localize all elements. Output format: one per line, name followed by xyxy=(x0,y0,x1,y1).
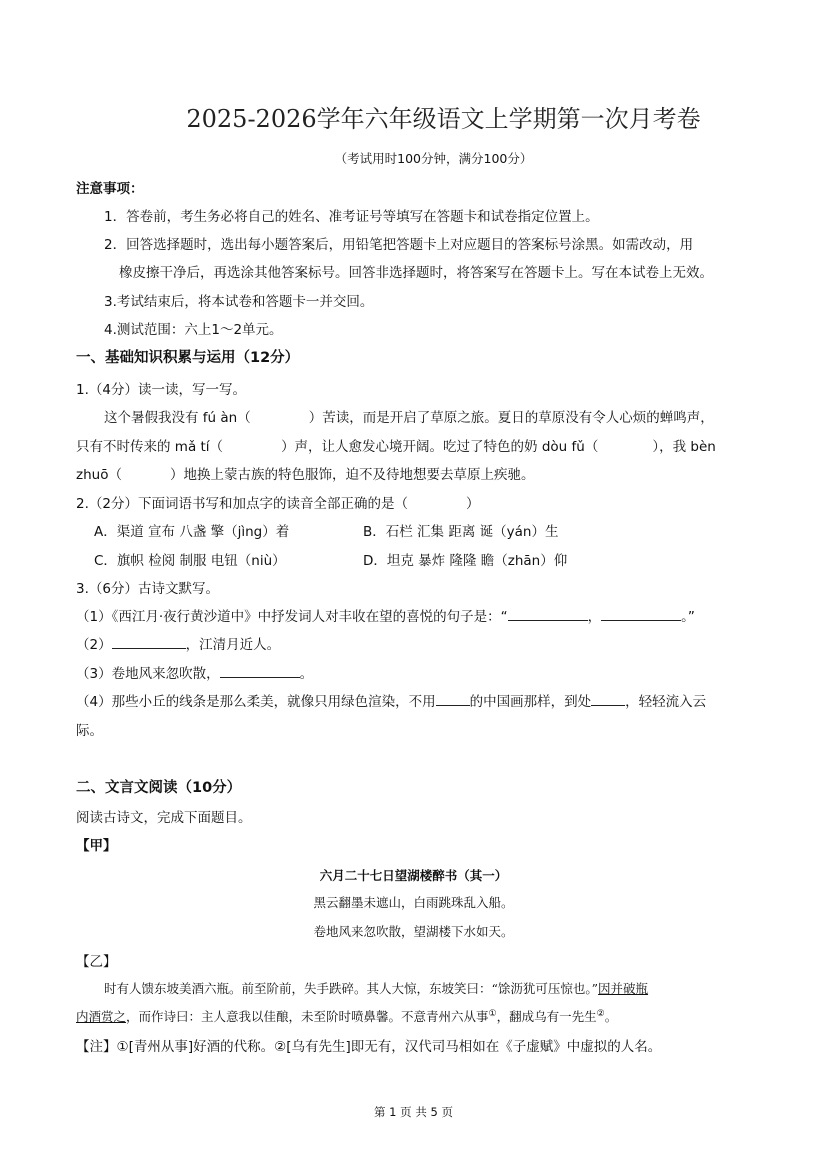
answer-blank[interactable] xyxy=(220,663,300,678)
q1-text: zhuō（ xyxy=(76,467,122,483)
notice-item-3: 3.考试结束后，将本试卷和答题卡一并交回。 xyxy=(104,290,373,310)
yi-text: 。 xyxy=(605,1009,618,1024)
answer-blank[interactable] xyxy=(591,691,625,706)
q3-part-1: （1）《西江月·夜行黄沙道中》中抒发词人对丰收在望的喜悦的句子是：“，。” xyxy=(76,605,695,625)
q1-text: ）声，让人愈发心境开阔。吃过了特色的奶 dòu fǔ（ xyxy=(281,439,598,455)
notice-item-4: 4.测试范围：六上1～2单元。 xyxy=(104,318,283,338)
answer-blank[interactable] xyxy=(436,691,470,706)
yi-passage-line-1: 时有人馈东坡美酒六瓶。前至阶前，失手跌碎。其人大惊，东坡笑曰：“馀沥犹可压惊也。… xyxy=(104,979,648,997)
q1-text: ）苦读，而是开启了草原之旅。夏日的草原没有令人心烦的蝉鸣声， xyxy=(309,410,714,426)
q1-text: ）地换上蒙古族的特色服饰，迫不及待地想要去草原上疾驰。 xyxy=(170,467,535,483)
notice-label: 注意事项： xyxy=(76,177,144,197)
answer-blank[interactable] xyxy=(112,634,186,649)
notice-item-1: 1．答卷前，考生务必将自己的姓名、准考证号等填写在答题卡和试卷指定位置上。 xyxy=(104,205,599,225)
section-2-heading: 二、文言文阅读（10分） xyxy=(76,776,241,797)
q3-part-3: （3）卷地风来忽吹散，。 xyxy=(76,662,313,682)
footnote-marker: ② xyxy=(597,1009,605,1019)
q3-part-2: （2），江清月近人。 xyxy=(76,633,280,653)
exam-subtitle: （考试用时100分钟，满分100分） xyxy=(0,149,827,167)
q1-text: 这个暑假我没有 fú àn（ xyxy=(104,410,251,426)
yi-passage-line-2: 内酒赏之，而作诗曰：主人意我以佳酿，未至阶时喷鼻馨。不意青州六从事①，翻成乌有一… xyxy=(76,1007,617,1025)
q2-option-b: B．石栏 汇集 距离 诞（yán）生 xyxy=(363,520,558,540)
section-1-heading: 一、基础知识积累与运用（12分） xyxy=(76,346,299,367)
q3-stem: 3.（6分）古诗文默写。 xyxy=(76,577,219,597)
q3-text: ，轻轻流入云 xyxy=(625,694,706,710)
underlined-sentence: 内酒赏之 xyxy=(76,1009,126,1024)
q1-line-3: zhuō（）地换上蒙古族的特色服饰，迫不及待地想要去草原上疾驰。 xyxy=(76,463,534,483)
q1-text: 只有不时传来的 mǎ tí（ xyxy=(76,439,223,455)
q3-text: 的中国画那样，到处 xyxy=(470,694,592,710)
jia-label: 【甲】 xyxy=(76,834,117,854)
q3-text: 。” xyxy=(681,609,695,625)
q3-part-4-cont: 际。 xyxy=(76,719,103,739)
yi-text: 时有人馈东坡美酒六瓶。前至阶前，失手跌碎。其人大惊，东坡笑曰：“馀沥犹可压惊也。… xyxy=(104,981,598,996)
poem-line-2: 卷地风来忽吹散，望湖楼下水如天。 xyxy=(0,922,827,940)
underlined-sentence: 因并破瓶 xyxy=(598,981,648,996)
q3-text: 。 xyxy=(300,666,314,682)
section-2-intro: 阅读古诗文，完成下面题目。 xyxy=(76,806,252,826)
q3-text: （3）卷地风来忽吹散， xyxy=(76,666,220,682)
poem-line-1: 黑云翻墨未遮山，白雨跳珠乱入船。 xyxy=(0,893,827,911)
page-footer: 第 1 页 共 5 页 xyxy=(0,1104,827,1120)
q2-stem: 2.（2分）下面词语书写和加点字的读音全部正确的是（） xyxy=(76,492,479,512)
exam-title: 2025-2026学年六年级语文上学期第一次月考卷 xyxy=(0,99,827,134)
q2-option-d: D．坦克 暴炸 隆隆 瞻（zhān）仰 xyxy=(363,549,567,569)
footnote-marker: ① xyxy=(489,1009,497,1019)
q3-text: ， xyxy=(588,609,602,625)
q3-part-4: （4）那些小丘的线条是那么柔美，就像只用绿色渲染，不用的中国画那样，到处，轻轻流… xyxy=(76,690,706,710)
yi-text: ，而作诗曰：主人意我以佳酿，未至阶时喷鼻馨。不意青州六从事 xyxy=(126,1009,489,1024)
q3-text: （1）《西江月·夜行黄沙道中》中抒发词人对丰收在望的喜悦的句子是：“ xyxy=(76,609,508,625)
q3-text: （2） xyxy=(76,637,112,653)
annotation-note: 【注】①[青州从事]好酒的代称。②[乌有先生]即无有，汉代司马相如在《子虚赋》中… xyxy=(76,1035,661,1055)
q3-text: ，江清月近人。 xyxy=(186,637,281,653)
q1-text: ），我 bèn xyxy=(652,439,715,455)
answer-blank[interactable] xyxy=(508,606,588,621)
notice-item-2-cont: 橡皮擦干净后，再选涂其他答案标号。回答非选择题时，将答案写在答题卡上。写在本试卷… xyxy=(119,261,713,281)
q2-text: ） xyxy=(466,496,480,512)
q3-text: （4）那些小丘的线条是那么柔美，就像只用绿色渲染，不用 xyxy=(76,694,436,710)
q2-option-c: C．旗帜 检阅 制服 电钮（niù） xyxy=(94,549,286,569)
q2-option-a: A．渠道 宣布 八盏 擎（jìng）着 xyxy=(94,520,289,540)
yi-label: 【乙】 xyxy=(76,950,117,970)
q1-line-2: 只有不时传来的 mǎ tí（）声，让人愈发心境开阔。吃过了特色的奶 dòu fǔ… xyxy=(76,435,716,455)
answer-blank[interactable] xyxy=(601,606,681,621)
poem-title: 六月二十七日望湖楼醉书（其一） xyxy=(0,866,827,884)
q1-stem: 1.（4分）读一读，写一写。 xyxy=(76,378,246,398)
notice-item-2: 2．回答选择题时，选出每小题答案后，用铅笔把答题卡上对应题目的答案标号涂黑。如需… xyxy=(104,233,693,253)
q2-text: 2.（2分）下面词语书写和加点字的读音全部正确的是（ xyxy=(76,496,408,512)
q1-line-1: 这个暑假我没有 fú àn（）苦读，而是开启了草原之旅。夏日的草原没有令人心烦的… xyxy=(104,406,714,426)
yi-text: ，翻成乌有一先生 xyxy=(497,1009,597,1024)
